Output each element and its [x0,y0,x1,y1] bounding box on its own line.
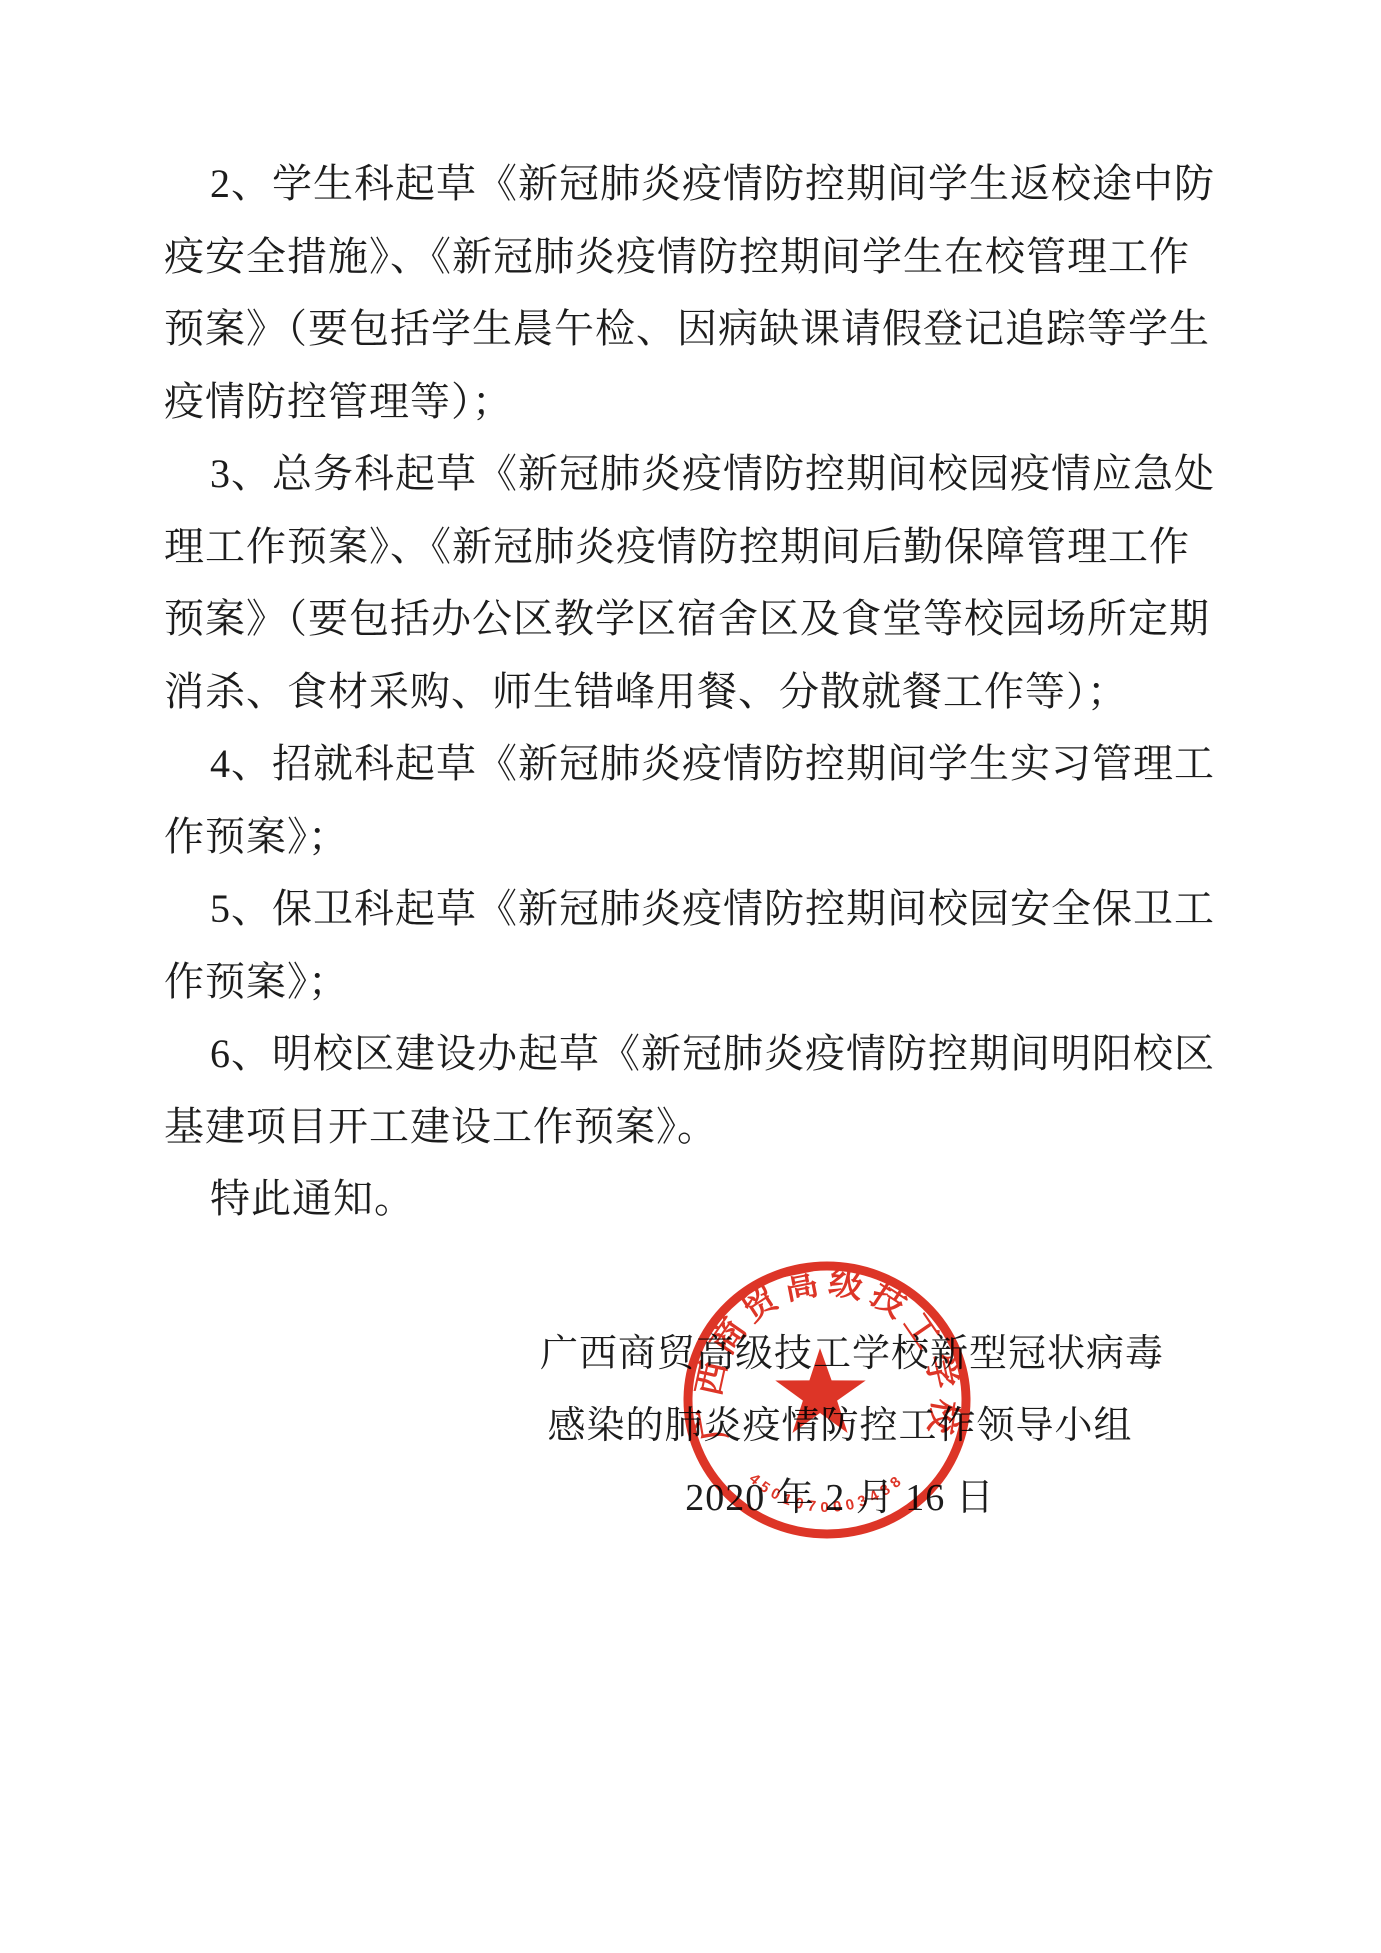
body-line: 理工作预案》、《新冠肺炎疫情防控期间后勤保障管理工作 [164,511,1220,584]
document-page: 2、学生科起草《新冠肺炎疫情防控期间学生返校途中防疫安全措施》、《新冠肺炎疫情防… [0,0,1381,1953]
body-line: 作预案》； [164,801,1220,874]
body-line: 2、学生科起草《新冠肺炎疫情防控期间学生返校途中防 [164,148,1220,221]
signature-org-line-1: 广西商贸高级技工学校新型冠状病毒 [540,1318,1140,1390]
signature-date: 2020 年 2 月 16 日 [540,1462,1140,1534]
notice-body: 2、学生科起草《新冠肺炎疫情防控期间学生返校途中防疫安全措施》、《新冠肺炎疫情防… [164,148,1220,1236]
body-line: 基建项目开工建设工作预案》。 [164,1091,1220,1164]
body-line: 消杀、食材采购、师生错峰用餐、分散就餐工作等）； [164,656,1220,729]
body-line: 3、总务科起草《新冠肺炎疫情防控期间校园疫情应急处 [164,438,1220,511]
body-line: 6、明校区建设办起草《新冠肺炎疫情防控期间明阳校区 [164,1018,1220,1091]
body-line: 疫情防控管理等）； [164,366,1220,439]
body-line: 预案》（要包括办公区教学区宿舍区及食堂等校园场所定期 [164,583,1220,656]
body-line: 4、招就科起草《新冠肺炎疫情防控期间学生实习管理工 [164,728,1220,801]
signature-org-line-2: 感染的肺炎疫情防控工作领导小组 [540,1390,1140,1462]
body-line: 疫安全措施》、《新冠肺炎疫情防控期间学生在校管理工作 [164,221,1220,294]
body-line: 预案》（要包括学生晨午检、因病缺课请假登记追踪等学生 [164,293,1220,366]
body-line: 5、保卫科起草《新冠肺炎疫情防控期间校园安全保卫工 [164,873,1220,946]
body-line: 特此通知。 [164,1163,1220,1236]
signature-block: 广西商贸高级技工学校新型冠状病毒 感染的肺炎疫情防控工作领导小组 2020 年 … [540,1318,1140,1534]
body-line: 作预案》； [164,946,1220,1019]
